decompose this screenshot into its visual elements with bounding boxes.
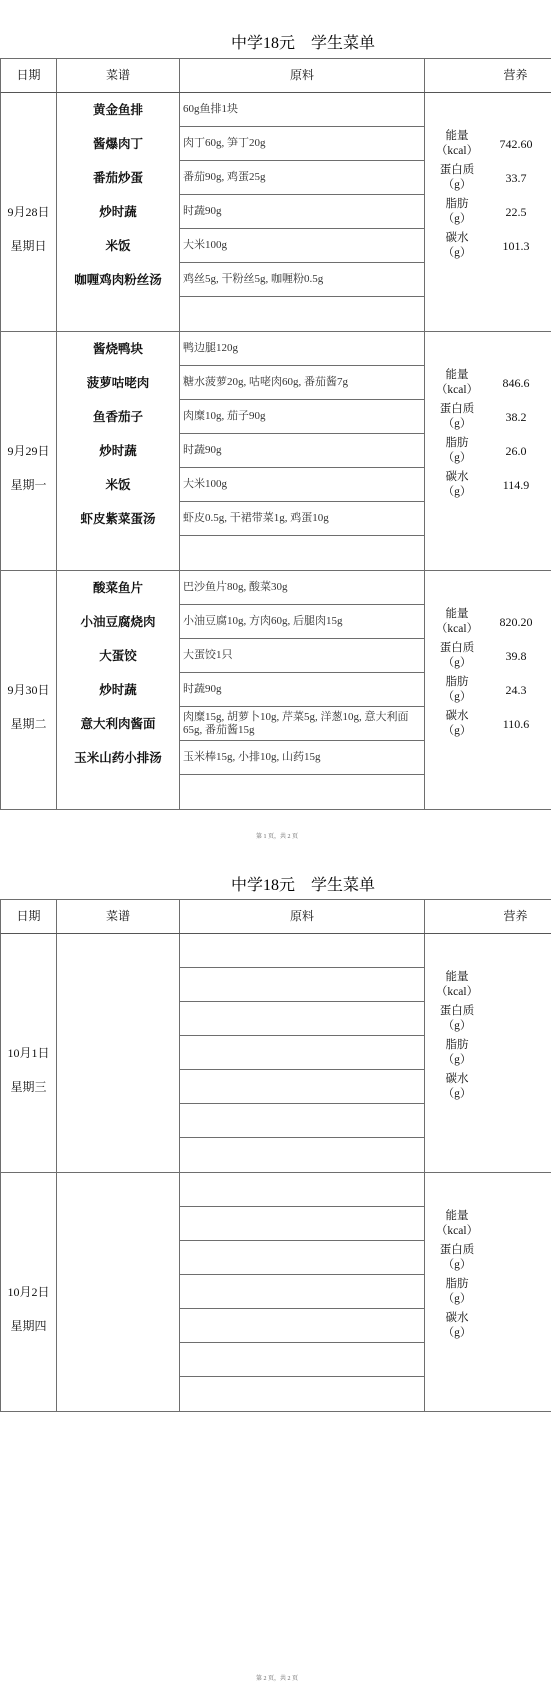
dish-name-empty [57,775,179,809]
ingredients-cell [180,934,425,1172]
nutrition-cell: 能量（kcal） 蛋白质（g） 脂肪（g） 碳水（g） [425,1173,551,1411]
ingredient-row: 糖水菠萝20g, 咕咾肉60g, 番茄酱7g [180,366,424,400]
ingredient-row: 时蔬90g [180,673,424,707]
nutrition-name: 蛋白质 [440,163,475,178]
nutrition-value: 114.9 [489,478,543,493]
nutrition-name: 碳水 [446,1311,469,1326]
nutrition-name: 能量 [446,1209,469,1224]
ingredient-row-empty [180,1104,424,1138]
nutrition-value: 24.3 [489,683,543,698]
nutrition-unit: （g） [443,690,472,705]
ingredient-row: 大米100g [180,468,424,502]
nutrition-unit: （g） [443,1053,472,1068]
nutrition-unit: （kcal） [436,1224,478,1239]
nutrition-spacer [425,93,551,127]
nutrition-cell: 能量（kcal） 846.6 蛋白质（g） 38.2 脂肪（g） 26.0 碳水… [425,332,551,570]
nutrition-protein: 蛋白质（g） 38.2 [425,400,551,434]
ingredient-row-empty [180,1275,424,1309]
nutrition-name: 碳水 [446,231,469,246]
nutrition-label: 蛋白质（g） [425,1243,489,1273]
dish-name: 黄金鱼排 [57,93,179,127]
header-dishes: 菜谱 [57,900,180,933]
dishes-cell [57,934,180,1172]
dish-name: 咖喱鸡肉粉丝汤 [57,263,179,297]
header-ingredients: 原料 [180,59,425,92]
ingredient-row-empty [180,1036,424,1070]
nutrition-name: 脂肪 [446,1277,469,1292]
weekday-label: 星期四 [1,1309,56,1343]
table-header: 日期 菜谱 原料 营养 [0,58,551,93]
nutrition-energy: 能量（kcal） 742.60 [425,127,551,161]
nutrition-cell: 能量（kcal） 742.60 蛋白质（g） 33.7 脂肪（g） 22.5 碳… [425,93,551,331]
nutrition-value: 39.8 [489,649,543,664]
ingredient-row-empty [180,934,424,968]
day-block: 10月1日 星期三 能量（kcal） 蛋白质（g） 脂肪（g） 碳水（g） [0,934,551,1173]
dish-name: 小油豆腐烧肉 [57,605,179,639]
nutrition-cell: 能量（kcal） 蛋白质（g） 脂肪（g） 碳水（g） [425,934,551,1172]
nutrition-unit: （g） [443,1292,472,1307]
dish-name: 酱爆肉丁 [57,127,179,161]
nutrition-spacer [425,571,551,605]
dishes-cell: 酸菜鱼片 小油豆腐烧肉 大蛋饺 炒时蔬 意大利肉酱面 玉米山药小排汤 [57,571,180,809]
dish-name: 意大利肉酱面 [57,707,179,741]
page-title: 中学18元 学生菜单 [0,34,551,54]
ingredient-row: 时蔬90g [180,195,424,229]
nutrition-value: 26.0 [489,444,543,459]
nutrition-unit: （g） [443,1326,472,1341]
nutrition-fat: 脂肪（g） [425,1275,551,1309]
ingredient-row-empty [180,968,424,1002]
nutrition-value: 22.5 [489,205,543,220]
nutrition-label: 能量（kcal） [425,607,489,637]
nutrition-protein: 蛋白质（g） [425,1241,551,1275]
nutrition-label: 脂肪（g） [425,1277,489,1307]
day-block: 9月28日 星期日 黄金鱼排 酱爆肉丁 番茄炒蛋 炒时蔬 米饭 咖喱鸡肉粉丝汤 … [0,93,551,332]
dish-name: 炒时蔬 [57,434,179,468]
ingredient-row: 番茄90g, 鸡蛋25g [180,161,424,195]
weekday-label: 星期三 [1,1070,56,1104]
nutrition-name: 碳水 [446,470,469,485]
header-nutrition: 营养 [425,900,551,933]
table-header: 日期 菜谱 原料 营养 [0,899,551,934]
dish-name: 酱烧鸭块 [57,332,179,366]
dishes-cell: 酱烧鸭块 菠萝咕咾肉 鱼香茄子 炒时蔬 米饭 虾皮紫菜蛋汤 [57,332,180,570]
nutrition-name: 碳水 [446,709,469,724]
nutrition-spacer [425,934,551,968]
date-cell: 9月29日 星期一 [1,332,57,570]
nutrition-carbs: 碳水（g） 101.3 [425,229,551,263]
nutrition-name: 能量 [446,607,469,622]
nutrition-label: 能量（kcal） [425,129,489,159]
nutrition-protein: 蛋白质（g） 39.8 [425,639,551,673]
nutrition-carbs: 碳水（g） 110.6 [425,707,551,741]
header-dishes: 菜谱 [57,59,180,92]
ingredient-row: 肉糜10g, 茄子90g [180,400,424,434]
nutrition-value: 820.20 [489,615,543,630]
nutrition-energy: 能量（kcal） 846.6 [425,366,551,400]
date-label: 10月2日 [1,1275,56,1309]
nutrition-energy: 能量（kcal） 820.20 [425,605,551,639]
nutrition-unit: （g） [443,1258,472,1273]
nutrition-energy: 能量（kcal） [425,1207,551,1241]
nutrition-name: 能量 [446,368,469,383]
nutrition-carbs: 碳水（g） 114.9 [425,468,551,502]
ingredient-row: 玉米棒15g, 小排10g, 山药15g [180,741,424,775]
nutrition-unit: （kcal） [436,144,478,159]
nutrition-unit: （g） [443,1087,472,1102]
nutrition-label: 脂肪（g） [425,1038,489,1068]
nutrition-unit: （g） [443,485,472,500]
nutrition-name: 碳水 [446,1072,469,1087]
date-cell: 10月1日 星期三 [1,934,57,1172]
nutrition-unit: （g） [443,246,472,261]
nutrition-unit: （g） [443,178,472,193]
ingredient-row: 大米100g [180,229,424,263]
ingredient-row-empty [180,775,424,809]
nutrition-label: 蛋白质（g） [425,163,489,193]
nutrition-carbs: 碳水（g） [425,1309,551,1343]
nutrition-cell: 能量（kcal） 820.20 蛋白质（g） 39.8 脂肪（g） 24.3 碳… [425,571,551,809]
nutrition-name: 能量 [446,129,469,144]
nutrition-name: 脂肪 [446,675,469,690]
nutrition-unit: （g） [443,1019,472,1034]
nutrition-name: 蛋白质 [440,641,475,656]
nutrition-energy: 能量（kcal） [425,968,551,1002]
page-footer: 第 2 页，共 2 页 [217,1673,337,1682]
nutrition-label: 碳水（g） [425,709,489,739]
nutrition-label: 蛋白质（g） [425,402,489,432]
nutrition-unit: （g） [443,417,472,432]
page-footer: 第 1 页，共 2 页 [217,831,337,840]
date-cell: 9月28日 星期日 [1,93,57,331]
header-date: 日期 [1,59,57,92]
ingredient-row-empty [180,1070,424,1104]
nutrition-label: 脂肪（g） [425,436,489,466]
nutrition-unit: （g） [443,724,472,739]
date-cell: 10月2日 星期四 [1,1173,57,1411]
nutrition-spacer [425,332,551,366]
nutrition-unit: （kcal） [436,622,478,637]
nutrition-name: 脂肪 [446,197,469,212]
nutrition-fat: 脂肪（g） 22.5 [425,195,551,229]
nutrition-name: 蛋白质 [440,402,475,417]
dishes-cell: 黄金鱼排 酱爆肉丁 番茄炒蛋 炒时蔬 米饭 咖喱鸡肉粉丝汤 [57,93,180,331]
nutrition-value: 101.3 [489,239,543,254]
nutrition-value: 742.60 [489,137,543,152]
nutrition-value: 33.7 [489,171,543,186]
nutrition-label: 脂肪（g） [425,675,489,705]
nutrition-unit: （g） [443,656,472,671]
day-block: 9月30日 星期二 酸菜鱼片 小油豆腐烧肉 大蛋饺 炒时蔬 意大利肉酱面 玉米山… [0,571,551,810]
ingredient-row: 鸡丝5g, 干粉丝5g, 咖喱粉0.5g [180,263,424,297]
dish-name: 米饭 [57,229,179,263]
nutrition-label: 蛋白质（g） [425,641,489,671]
dish-name: 炒时蔬 [57,195,179,229]
ingredient-row: 鸭边腿120g [180,332,424,366]
dish-name: 虾皮紫菜蛋汤 [57,502,179,536]
nutrition-label: 碳水（g） [425,1072,489,1102]
dish-name: 炒时蔬 [57,673,179,707]
nutrition-value: 846.6 [489,376,543,391]
header-nutrition: 营养 [425,59,551,92]
ingredient-row: 大蛋饺1只 [180,639,424,673]
dish-name: 酸菜鱼片 [57,571,179,605]
nutrition-fat: 脂肪（g） 24.3 [425,673,551,707]
ingredient-row-empty [180,1138,424,1172]
page-title: 中学18元 学生菜单 [0,876,551,896]
ingredient-row: 肉糜15g, 胡萝卜10g, 芹菜5g, 洋葱10g, 意大利面65g, 番茄酱… [180,707,424,741]
ingredients-cell: 60g鱼排1块 肉丁60g, 笋丁20g 番茄90g, 鸡蛋25g 时蔬90g … [180,93,425,331]
nutrition-label: 碳水（g） [425,1311,489,1341]
nutrition-label: 蛋白质（g） [425,1004,489,1034]
ingredient-row-empty [180,1377,424,1411]
nutrition-unit: （g） [443,212,472,227]
dishes-cell [57,1173,180,1411]
nutrition-name: 脂肪 [446,1038,469,1053]
nutrition-protein: 蛋白质（g） [425,1002,551,1036]
ingredient-row: 肉丁60g, 笋丁20g [180,127,424,161]
ingredient-row: 小油豆腐10g, 方肉60g, 后腿肉15g [180,605,424,639]
nutrition-value: 38.2 [489,410,543,425]
date-label: 9月29日 [1,434,56,468]
ingredient-row-empty [180,1309,424,1343]
header-date: 日期 [1,900,57,933]
dish-name: 鱼香茄子 [57,400,179,434]
dish-name: 菠萝咕咾肉 [57,366,179,400]
nutrition-spacer [425,1173,551,1207]
ingredient-row: 时蔬90g [180,434,424,468]
nutrition-name: 能量 [446,970,469,985]
nutrition-unit: （kcal） [436,985,478,1000]
ingredient-row-empty [180,1207,424,1241]
dish-name: 米饭 [57,468,179,502]
dish-name: 大蛋饺 [57,639,179,673]
date-label: 10月1日 [1,1036,56,1070]
dish-name-empty [57,297,179,331]
ingredient-row-empty [180,1002,424,1036]
dish-name-empty [57,536,179,570]
weekday-label: 星期二 [1,707,56,741]
nutrition-carbs: 碳水（g） [425,1070,551,1104]
nutrition-fat: 脂肪（g） [425,1036,551,1070]
weekday-label: 星期日 [1,229,56,263]
nutrition-name: 蛋白质 [440,1243,475,1258]
day-block: 10月2日 星期四 能量（kcal） 蛋白质（g） 脂肪（g） 碳水（g） [0,1173,551,1412]
dish-name: 玉米山药小排汤 [57,741,179,775]
nutrition-label: 能量（kcal） [425,368,489,398]
nutrition-unit: （kcal） [436,383,478,398]
nutrition-fat: 脂肪（g） 26.0 [425,434,551,468]
ingredient-row-empty [180,1343,424,1377]
ingredient-row-empty [180,1241,424,1275]
nutrition-name: 蛋白质 [440,1004,475,1019]
ingredients-cell: 巴沙鱼片80g, 酸菜30g 小油豆腐10g, 方肉60g, 后腿肉15g 大蛋… [180,571,425,809]
nutrition-label: 能量（kcal） [425,1209,489,1239]
ingredient-row-empty [180,297,424,331]
nutrition-label: 能量（kcal） [425,970,489,1000]
ingredient-row-empty [180,1173,424,1207]
ingredient-row: 巴沙鱼片80g, 酸菜30g [180,571,424,605]
date-label: 9月28日 [1,195,56,229]
nutrition-label: 碳水（g） [425,231,489,261]
date-label: 9月30日 [1,673,56,707]
ingredient-row: 虾皮0.5g, 干裙带菜1g, 鸡蛋10g [180,502,424,536]
nutrition-unit: （g） [443,451,472,466]
dish-name: 番茄炒蛋 [57,161,179,195]
ingredients-cell: 鸭边腿120g 糖水菠萝20g, 咕咾肉60g, 番茄酱7g 肉糜10g, 茄子… [180,332,425,570]
nutrition-name: 脂肪 [446,436,469,451]
ingredient-row-empty [180,536,424,570]
ingredient-row: 60g鱼排1块 [180,93,424,127]
date-cell: 9月30日 星期二 [1,571,57,809]
header-ingredients: 原料 [180,900,425,933]
nutrition-value: 110.6 [489,717,543,732]
ingredients-cell [180,1173,425,1411]
nutrition-protein: 蛋白质（g） 33.7 [425,161,551,195]
day-block: 9月29日 星期一 酱烧鸭块 菠萝咕咾肉 鱼香茄子 炒时蔬 米饭 虾皮紫菜蛋汤 … [0,332,551,571]
nutrition-label: 脂肪（g） [425,197,489,227]
nutrition-label: 碳水（g） [425,470,489,500]
weekday-label: 星期一 [1,468,56,502]
